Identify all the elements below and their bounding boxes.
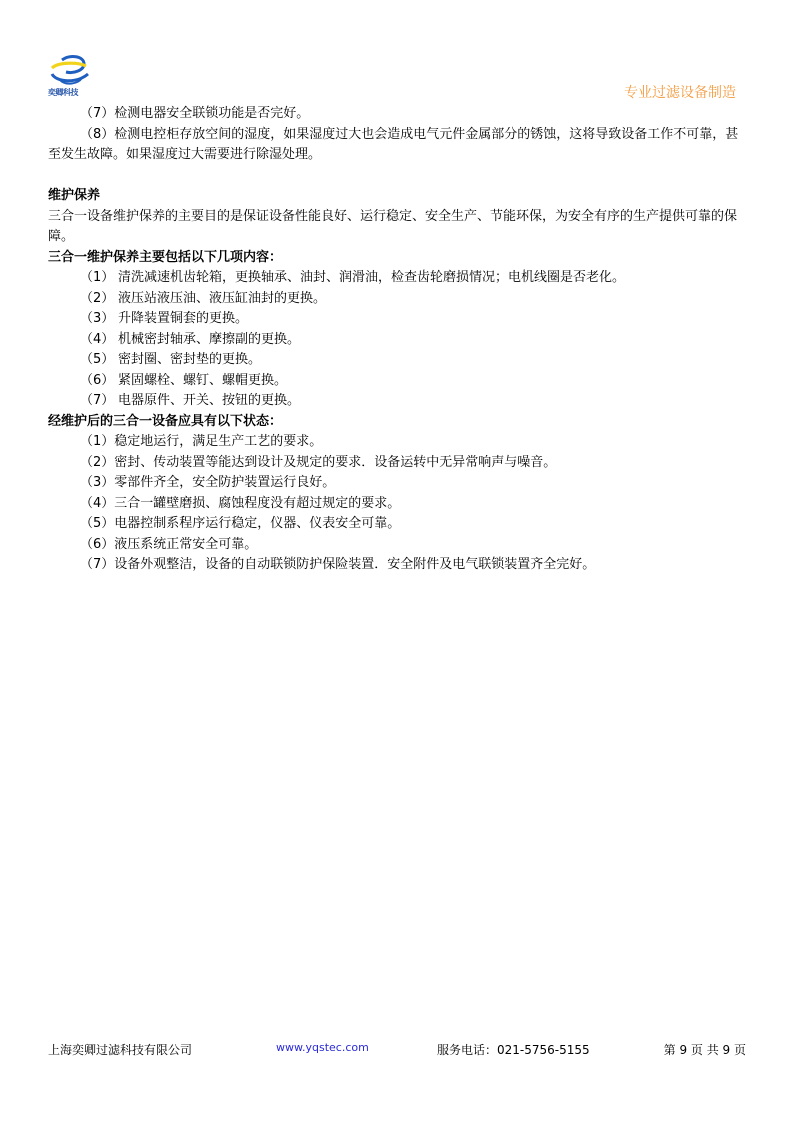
- item-text: 机械密封轴承、摩擦副的更换。: [118, 332, 300, 347]
- page-header: 奕卿科技 专业过滤设备制造: [48, 54, 748, 102]
- spacer: [48, 166, 748, 187]
- item-text: 密封圈、密封垫的更换。: [118, 352, 261, 367]
- intro-item: （8）检测电控柜存放空间的湿度，如果湿度过大也会造成电气元件金属部分的锈蚀，这将…: [48, 125, 748, 166]
- item-text: 液压站液压油、液压缸油封的更换。: [118, 291, 326, 306]
- state-item: （4）三合一罐壁磨损、腐蚀程度没有超过规定的要求。: [48, 494, 748, 515]
- section-title: 维护保养: [48, 186, 748, 207]
- states-heading: 经维护后的三合一设备应具有以下状态：: [48, 412, 748, 433]
- intro-item-text: （8）检测电控柜存放空间的湿度，如果湿度过大也会造成电气元件金属部分的锈蚀，这将…: [48, 127, 738, 163]
- company-logo: 奕卿科技: [48, 54, 94, 100]
- contents-heading: 三合一维护保养主要包括以下几项内容：: [48, 248, 748, 269]
- footer-company: 上海奕卿过滤科技有限公司: [48, 1041, 192, 1058]
- item-number: （4）: [80, 330, 118, 351]
- state-item: （3）零部件齐全，安全防护装置运行良好。: [48, 473, 748, 494]
- page-number: 第 9 页 共 9 页: [664, 1041, 746, 1058]
- contents-item: （5）密封圈、密封垫的更换。: [48, 350, 748, 371]
- item-text: 清洗减速机齿轮箱，更换轴承、油封、润滑油，检查齿轮磨损情况；电机线圈是否老化。: [118, 270, 625, 285]
- section-description: 三合一设备维护保养的主要目的是保证设备性能良好、运行稳定、安全生产、节能环保，为…: [48, 207, 748, 248]
- slogan: 专业过滤设备制造: [624, 82, 736, 102]
- item-text: 紧固螺栓、螺钉、螺帽更换。: [118, 373, 287, 388]
- page-footer: 上海奕卿过滤科技有限公司 www.yqstec.com 服务电话：021-575…: [48, 1041, 748, 1059]
- contents-item: （7）电器原件、开关、按钮的更换。: [48, 391, 748, 412]
- state-item: （5）电器控制系程序运行稳定，仪器、仪表安全可靠。: [48, 514, 748, 535]
- item-text: 电器原件、开关、按钮的更换。: [118, 393, 300, 408]
- state-item: （6）液压系统正常安全可靠。: [48, 535, 748, 556]
- contents-item: （3）升降装置铜套的更换。: [48, 309, 748, 330]
- logo-text: 奕卿科技: [48, 87, 96, 98]
- item-number: （2）: [80, 289, 118, 310]
- state-item: （2）密封、传动装置等能达到设计及规定的要求．设备运转中无异常响声与噪音。: [48, 453, 748, 474]
- footer-website-link[interactable]: www.yqstec.com: [276, 1041, 369, 1054]
- footer-phone: 服务电话：021-5756-5155: [437, 1041, 590, 1058]
- item-number: （7）: [80, 391, 118, 412]
- item-number: （5）: [80, 350, 118, 371]
- globe-orbit-logo-icon: [48, 54, 94, 88]
- item-number: （3）: [80, 309, 118, 330]
- item-number: （6）: [80, 371, 118, 392]
- contents-item: （6）紧固螺栓、螺钉、螺帽更换。: [48, 371, 748, 392]
- item-number: （1）: [80, 268, 118, 289]
- state-item: （1）稳定地运行，满足生产工艺的要求。: [48, 432, 748, 453]
- intro-item: （7）检测电器安全联锁功能是否完好。: [48, 104, 748, 125]
- state-item: （7）设备外观整洁，设备的自动联锁防护保险装置．安全附件及电气联锁装置齐全完好。: [48, 555, 748, 576]
- document-body: （7）检测电器安全联锁功能是否完好。 （8）检测电控柜存放空间的湿度，如果湿度过…: [48, 104, 748, 576]
- contents-item: （2）液压站液压油、液压缸油封的更换。: [48, 289, 748, 310]
- contents-item: （1）清洗减速机齿轮箱，更换轴承、油封、润滑油，检查齿轮磨损情况；电机线圈是否老…: [48, 268, 748, 289]
- item-text: 升降装置铜套的更换。: [118, 311, 248, 326]
- contents-item: （4）机械密封轴承、摩擦副的更换。: [48, 330, 748, 351]
